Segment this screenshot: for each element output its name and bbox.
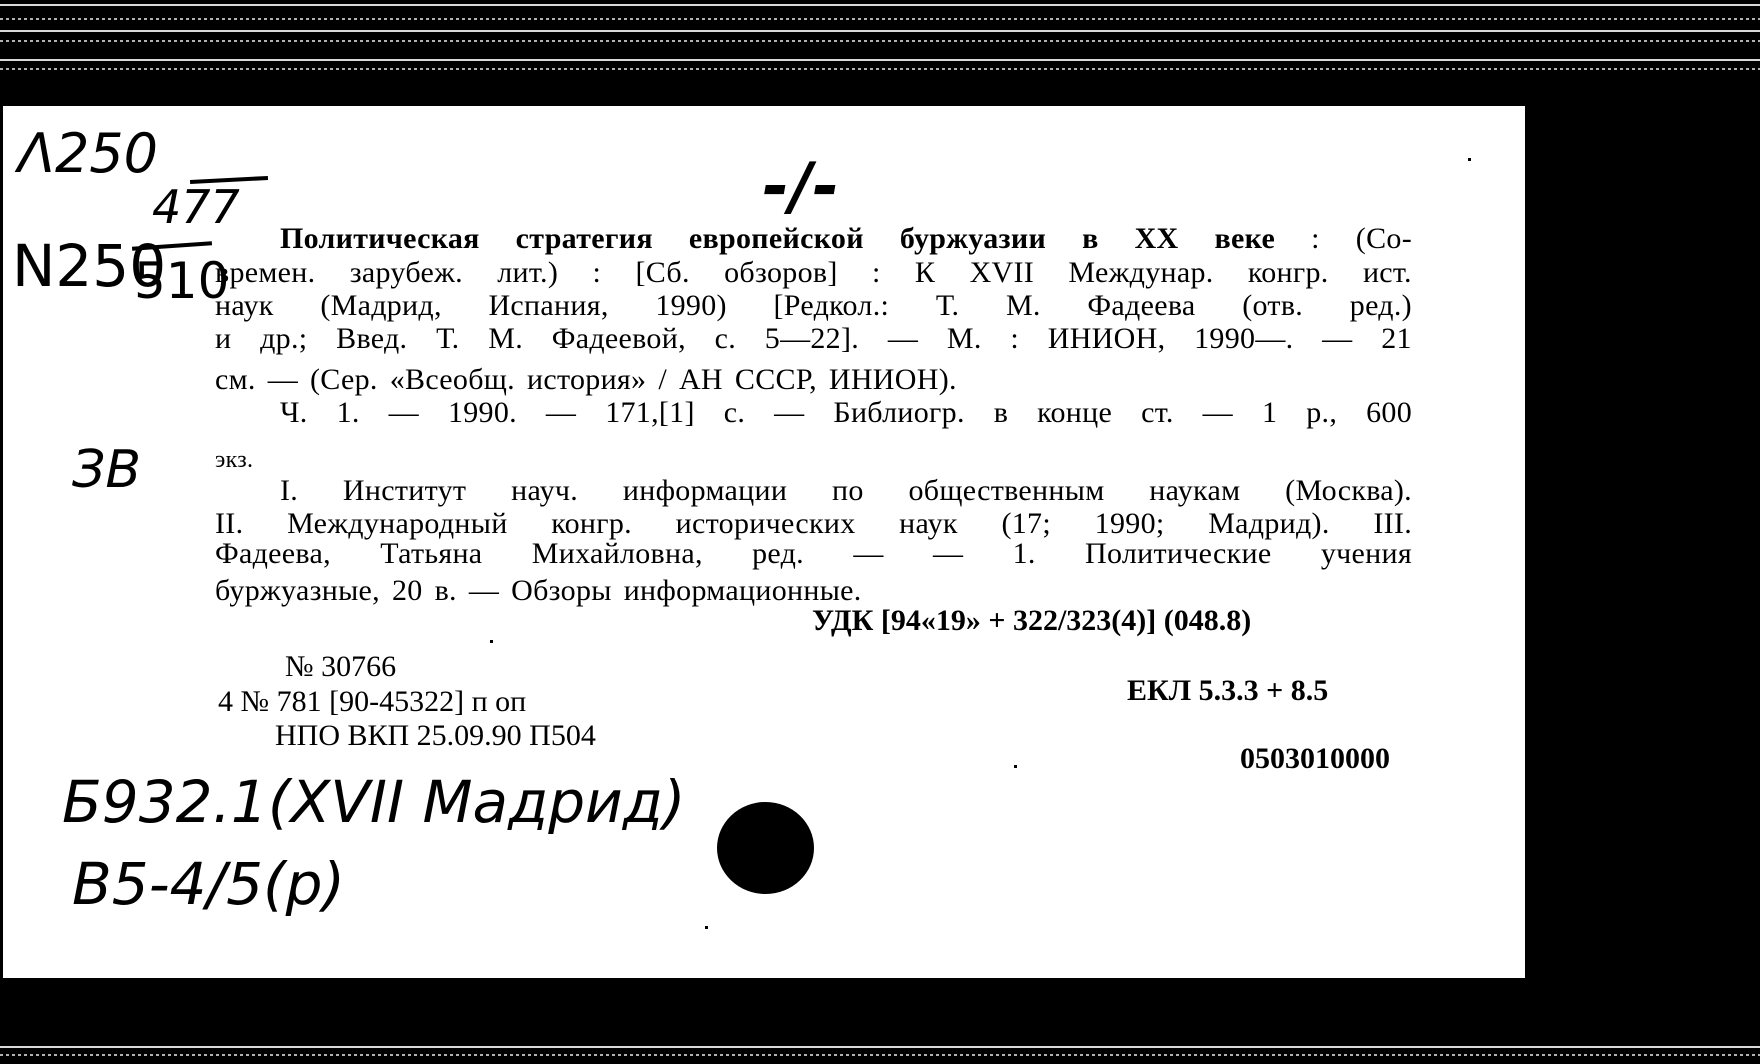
speck xyxy=(1468,158,1471,161)
udc-classification: УДК [94«19» + 322/323(4)] (048.8) xyxy=(812,604,1251,638)
word: — xyxy=(268,363,298,396)
word: ст. xyxy=(1141,396,1174,429)
word: 600 xyxy=(1366,396,1412,429)
physical-description-line: Ч. 1. — 1990. — 171,[1] с. — Библиогр. в… xyxy=(280,396,1412,429)
printer-line: НПО ВКП 25.09.90 П504 xyxy=(275,719,596,753)
scan-line xyxy=(0,4,1760,6)
word: 20 xyxy=(392,574,423,607)
word: 1990; xyxy=(1095,507,1165,540)
word: по xyxy=(832,474,864,507)
speck xyxy=(490,640,493,643)
word: / xyxy=(658,363,667,396)
word: (Сер. xyxy=(310,363,378,396)
word: Институт xyxy=(343,474,466,507)
word: : xyxy=(1010,322,1019,355)
word: СССР, xyxy=(735,363,817,396)
punch-hole xyxy=(717,802,814,894)
word: III. xyxy=(1373,507,1412,540)
word: М. xyxy=(1006,289,1041,322)
word: Татьяна xyxy=(380,537,482,570)
tracing-line: Фадеева, Татьяна Михайловна, ред. — — 1.… xyxy=(215,537,1412,570)
card-edge xyxy=(0,106,3,978)
word: наукам xyxy=(1149,474,1240,507)
scan-line xyxy=(0,18,1760,20)
handwritten-call-number-1: Б932.1(XVII Мадрид) xyxy=(62,768,685,836)
record-title-line: Политическая стратегия европейской буржу… xyxy=(280,222,1412,255)
word: — xyxy=(469,574,499,607)
speck xyxy=(1014,765,1017,768)
word: I. xyxy=(280,474,298,507)
handwritten-margin-note: ЗВ xyxy=(72,440,141,500)
tracing-line: II. Международный конгр. исторических на… xyxy=(215,507,1412,540)
word: XVII xyxy=(970,256,1035,289)
word: К xyxy=(915,256,935,289)
record-line: и др.; Введ. Т. М. Фадеевой, с. 5—22]. —… xyxy=(215,322,1412,355)
word: ИНИОН). xyxy=(829,363,957,396)
word: учения xyxy=(1321,537,1412,570)
word: — xyxy=(774,396,804,429)
word: Мадрид). xyxy=(1208,507,1329,540)
scan-line xyxy=(0,40,1760,42)
word: конгр. xyxy=(551,507,632,540)
word: [Сб. xyxy=(635,256,689,289)
word: Международный xyxy=(287,507,508,540)
word: обзоров] xyxy=(724,256,838,289)
word: с. xyxy=(715,322,736,355)
word: в. xyxy=(435,574,457,607)
word: Введ. xyxy=(336,322,407,355)
word: : xyxy=(1311,222,1320,255)
word: веке xyxy=(1215,222,1276,255)
word: : xyxy=(872,256,881,289)
word: ист. xyxy=(1363,256,1412,289)
speck xyxy=(705,926,708,929)
scan-line xyxy=(0,68,1760,70)
word: Обзоры xyxy=(511,574,612,607)
tracing-line: буржуазные, 20 в. — Обзоры информационны… xyxy=(215,574,1412,607)
word: 1 xyxy=(1262,396,1277,429)
word: (Москва). xyxy=(1285,474,1412,507)
scan-line xyxy=(0,1046,1760,1048)
word: 1990—. xyxy=(1194,322,1293,355)
word: Ч. xyxy=(280,396,308,429)
word: Т. xyxy=(936,289,959,322)
word: — xyxy=(546,396,576,429)
word: см. xyxy=(215,363,256,396)
word: конгр. xyxy=(1248,256,1329,289)
word: наук xyxy=(215,289,274,322)
card-number: № 30766 xyxy=(285,650,396,684)
word: Испания, xyxy=(488,289,608,322)
word: Политические xyxy=(1085,537,1271,570)
physical-description-line: экз. xyxy=(215,444,1412,477)
word: р., xyxy=(1306,396,1337,429)
handwritten-shelfmark-top: Λ250 xyxy=(18,122,158,185)
scan-line xyxy=(0,30,1760,32)
word: буржуазии xyxy=(900,222,1046,255)
word: — xyxy=(389,396,419,429)
word: 21 xyxy=(1381,322,1412,355)
scan-line xyxy=(0,1054,1760,1056)
word: европейской xyxy=(689,222,864,255)
order-line: 4 № 781 [90-45322] п оп xyxy=(218,685,526,719)
word: [Редкол.: xyxy=(774,289,890,322)
word: (17; xyxy=(1001,507,1051,540)
handwritten-call-number-2: В5-4/5(р) xyxy=(72,850,345,918)
word: конце xyxy=(1037,396,1112,429)
word: Фадеева xyxy=(1087,289,1195,322)
word: ИНИОН, xyxy=(1048,322,1166,355)
tracing-line: I. Институт науч. информации по обществе… xyxy=(280,474,1412,507)
word: Фадеевой, xyxy=(552,322,686,355)
word: стратегия xyxy=(516,222,653,255)
handwritten-fraction-numerator: 477 xyxy=(152,180,240,234)
word: Михайловна, xyxy=(532,537,703,570)
word: Междунар. xyxy=(1068,256,1213,289)
word: наук xyxy=(899,507,958,540)
record-line: наук (Мадрид, Испания, 1990) [Редкол.: Т… xyxy=(215,289,1412,322)
word: Политическая xyxy=(280,222,480,255)
word: исторических xyxy=(676,507,856,540)
card-code: 0503010000 xyxy=(1240,742,1390,776)
word: — xyxy=(853,537,883,570)
word: времен. xyxy=(215,256,315,289)
word: в xyxy=(994,396,1008,429)
word: (Мадрид, xyxy=(320,289,441,322)
word: : xyxy=(592,256,601,289)
record-line: времен. зарубеж. лит.) : [Сб. обзоров] :… xyxy=(215,256,1412,289)
handwritten-page-mark: -/- xyxy=(755,150,845,224)
word: науч. xyxy=(511,474,578,507)
word: 1. xyxy=(337,396,360,429)
word: Фадеева, xyxy=(215,537,331,570)
word: лит.) xyxy=(497,256,558,289)
word: история» xyxy=(527,363,646,396)
word: экз. xyxy=(215,444,253,477)
word: М. xyxy=(488,322,523,355)
scan-line xyxy=(0,59,1760,61)
word: II. xyxy=(215,507,243,540)
word: др.; xyxy=(260,322,307,355)
word: — xyxy=(888,322,918,355)
word: ред.) xyxy=(1350,289,1412,322)
word: М. xyxy=(947,322,982,355)
word: Т. xyxy=(436,322,459,355)
word: 1. xyxy=(1013,537,1036,570)
word: АН xyxy=(679,363,723,396)
record-line: см. — (Сер. «Всеобщ. история» / АН СССР,… xyxy=(215,363,1412,396)
word: 1990. xyxy=(448,396,517,429)
word: — xyxy=(1203,396,1233,429)
word: 5—22]. xyxy=(765,322,859,355)
word: (отв. xyxy=(1242,289,1303,322)
word: общественным xyxy=(908,474,1104,507)
word: — xyxy=(933,537,963,570)
word: 171,[1] xyxy=(605,396,695,429)
word: XX xyxy=(1135,222,1179,255)
word: Библиогр. xyxy=(833,396,964,429)
word: с. xyxy=(724,396,745,429)
word: в xyxy=(1082,222,1099,255)
word: ред. xyxy=(752,537,804,570)
word: информации xyxy=(623,474,787,507)
word: — xyxy=(1322,322,1352,355)
word: и xyxy=(215,322,231,355)
ekl-classification: ЕКЛ 5.3.3 + 8.5 xyxy=(1127,674,1328,708)
word: буржуазные, xyxy=(215,574,380,607)
word: (Со- xyxy=(1356,222,1412,255)
word: 1990) xyxy=(655,289,727,322)
word: информационные. xyxy=(624,574,862,607)
word: «Всеобщ. xyxy=(390,363,515,396)
word: зарубеж. xyxy=(350,256,463,289)
